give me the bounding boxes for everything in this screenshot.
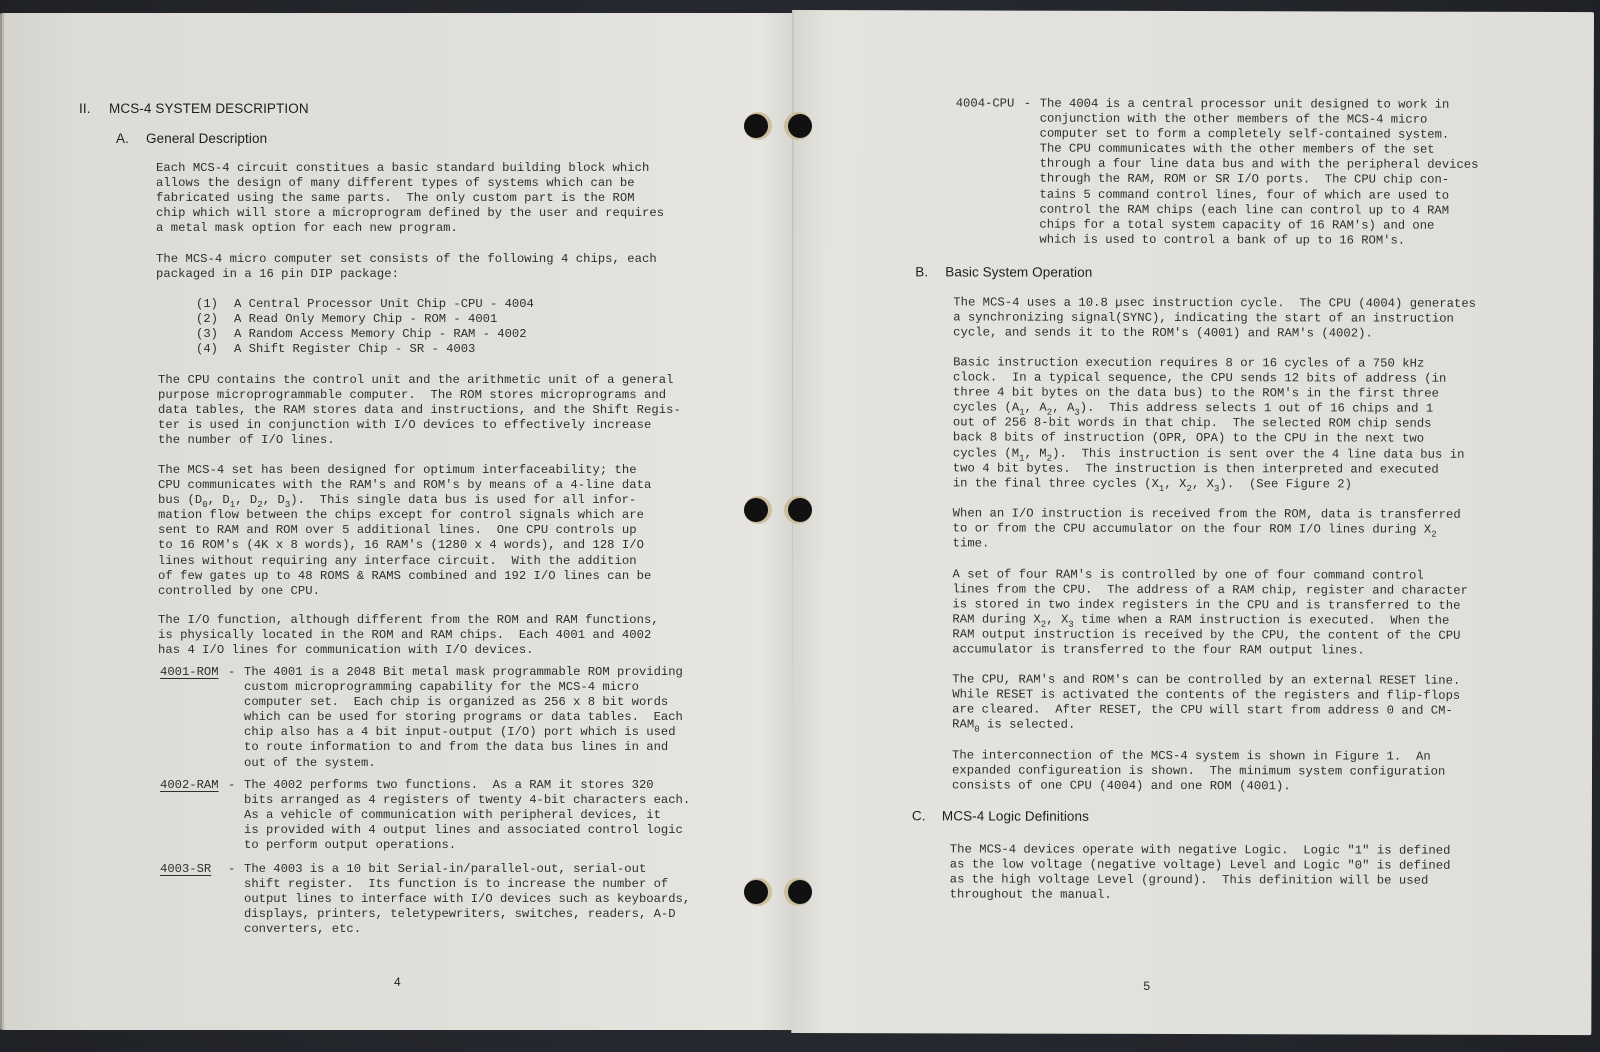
section-heading: II.MCS-4 SYSTEM DESCRIPTION xyxy=(79,101,309,116)
page-number: 5 xyxy=(1143,979,1150,993)
subsection-a-heading: A.General Description xyxy=(116,131,267,146)
definition-body: The 4004 is a central processor unit des… xyxy=(1039,97,1478,249)
paragraph-io-instruction: When an I/O instruction is received from… xyxy=(953,506,1461,553)
paragraph-ram-control: A set of four RAM's is controlled by one… xyxy=(952,567,1468,659)
definition-body: The 4002 performs two functions. As a RA… xyxy=(244,778,690,853)
binder-hole xyxy=(788,114,812,138)
paragraph-building-block: Each MCS-4 circuit constitues a basic st… xyxy=(156,161,664,236)
paragraph-instruction-cycle: The MCS-4 uses a 10.8 µsec instruction c… xyxy=(953,295,1476,342)
paragraph-chip-set: The MCS-4 micro computer set consists of… xyxy=(156,252,657,282)
definition-body: The 4001 is a 2048 Bit metal mask progra… xyxy=(244,665,683,771)
binder-hole xyxy=(788,880,812,904)
subsection-c-title: MCS-4 Logic Definitions xyxy=(942,808,1089,823)
page-number: 4 xyxy=(394,975,401,989)
definition-term: 4001-ROM xyxy=(160,665,219,680)
definition-term: 4002-RAM xyxy=(160,778,219,793)
chip-list: (1)A Central Processor Unit Chip -CPU - … xyxy=(196,297,534,357)
definition-4001-rom: 4001-ROM - The 4001 is a 2048 Bit metal … xyxy=(160,665,720,775)
definition-body: The 4003 is a 10 bit Serial-in/parallel-… xyxy=(244,862,690,937)
subsection-a-title: General Description xyxy=(146,131,267,146)
definition-4004-cpu: 4004-CPU - The 4004 is a central process… xyxy=(955,96,1575,258)
section-number: II. xyxy=(79,101,109,116)
definition-4003-sr: 4003-SR - The 4003 is a 10 bit Serial-in… xyxy=(160,862,720,942)
paragraph-interfaceability: The MCS-4 set has been designed for opti… xyxy=(158,463,651,599)
right-page: 4004-CPU - The 4004 is a central process… xyxy=(791,10,1594,1035)
paragraph-interconnection: The interconnection of the MCS-4 system … xyxy=(952,748,1445,795)
binder-hole xyxy=(744,880,768,904)
definition-term: 4004-CPU xyxy=(956,96,1015,111)
subsection-c-letter: C. xyxy=(912,808,942,823)
paragraph-negative-logic: The MCS-4 devices operate with negative … xyxy=(950,842,1451,904)
section-title: MCS-4 SYSTEM DESCRIPTION xyxy=(109,101,309,116)
definition-term: 4003-SR xyxy=(160,862,211,877)
subsection-b-heading: B.Basic System Operation xyxy=(915,264,1092,279)
subsection-c-heading: C.MCS-4 Logic Definitions xyxy=(912,808,1089,823)
list-item: (3)A Random Access Memory Chip - RAM - 4… xyxy=(196,327,534,342)
paragraph-io-function: The I/O function, although different fro… xyxy=(158,613,659,658)
left-page: II.MCS-4 SYSTEM DESCRIPTION A.General De… xyxy=(4,13,792,1030)
definition-4002-ram: 4002-RAM - The 4002 performs two functio… xyxy=(160,778,720,858)
paragraph-cpu-contains: The CPU contains the control unit and th… xyxy=(158,373,681,448)
binder-hole xyxy=(744,498,768,522)
list-item: (1)A Central Processor Unit Chip -CPU - … xyxy=(196,297,534,312)
subsection-b-title: Basic System Operation xyxy=(945,264,1092,279)
list-item: (4)A Shift Register Chip - SR - 4003 xyxy=(196,342,534,357)
subsection-a-letter: A. xyxy=(116,131,146,146)
binder-hole xyxy=(788,498,812,522)
paragraph-reset: The CPU, RAM's and ROM's can be controll… xyxy=(952,672,1460,734)
subsection-b-letter: B. xyxy=(915,264,945,279)
binder-hole xyxy=(744,114,768,138)
paragraph-instruction-execution: Basic instruction execution requires 8 o… xyxy=(953,355,1465,492)
list-item: (2)A Read Only Memory Chip - ROM - 4001 xyxy=(196,312,534,327)
